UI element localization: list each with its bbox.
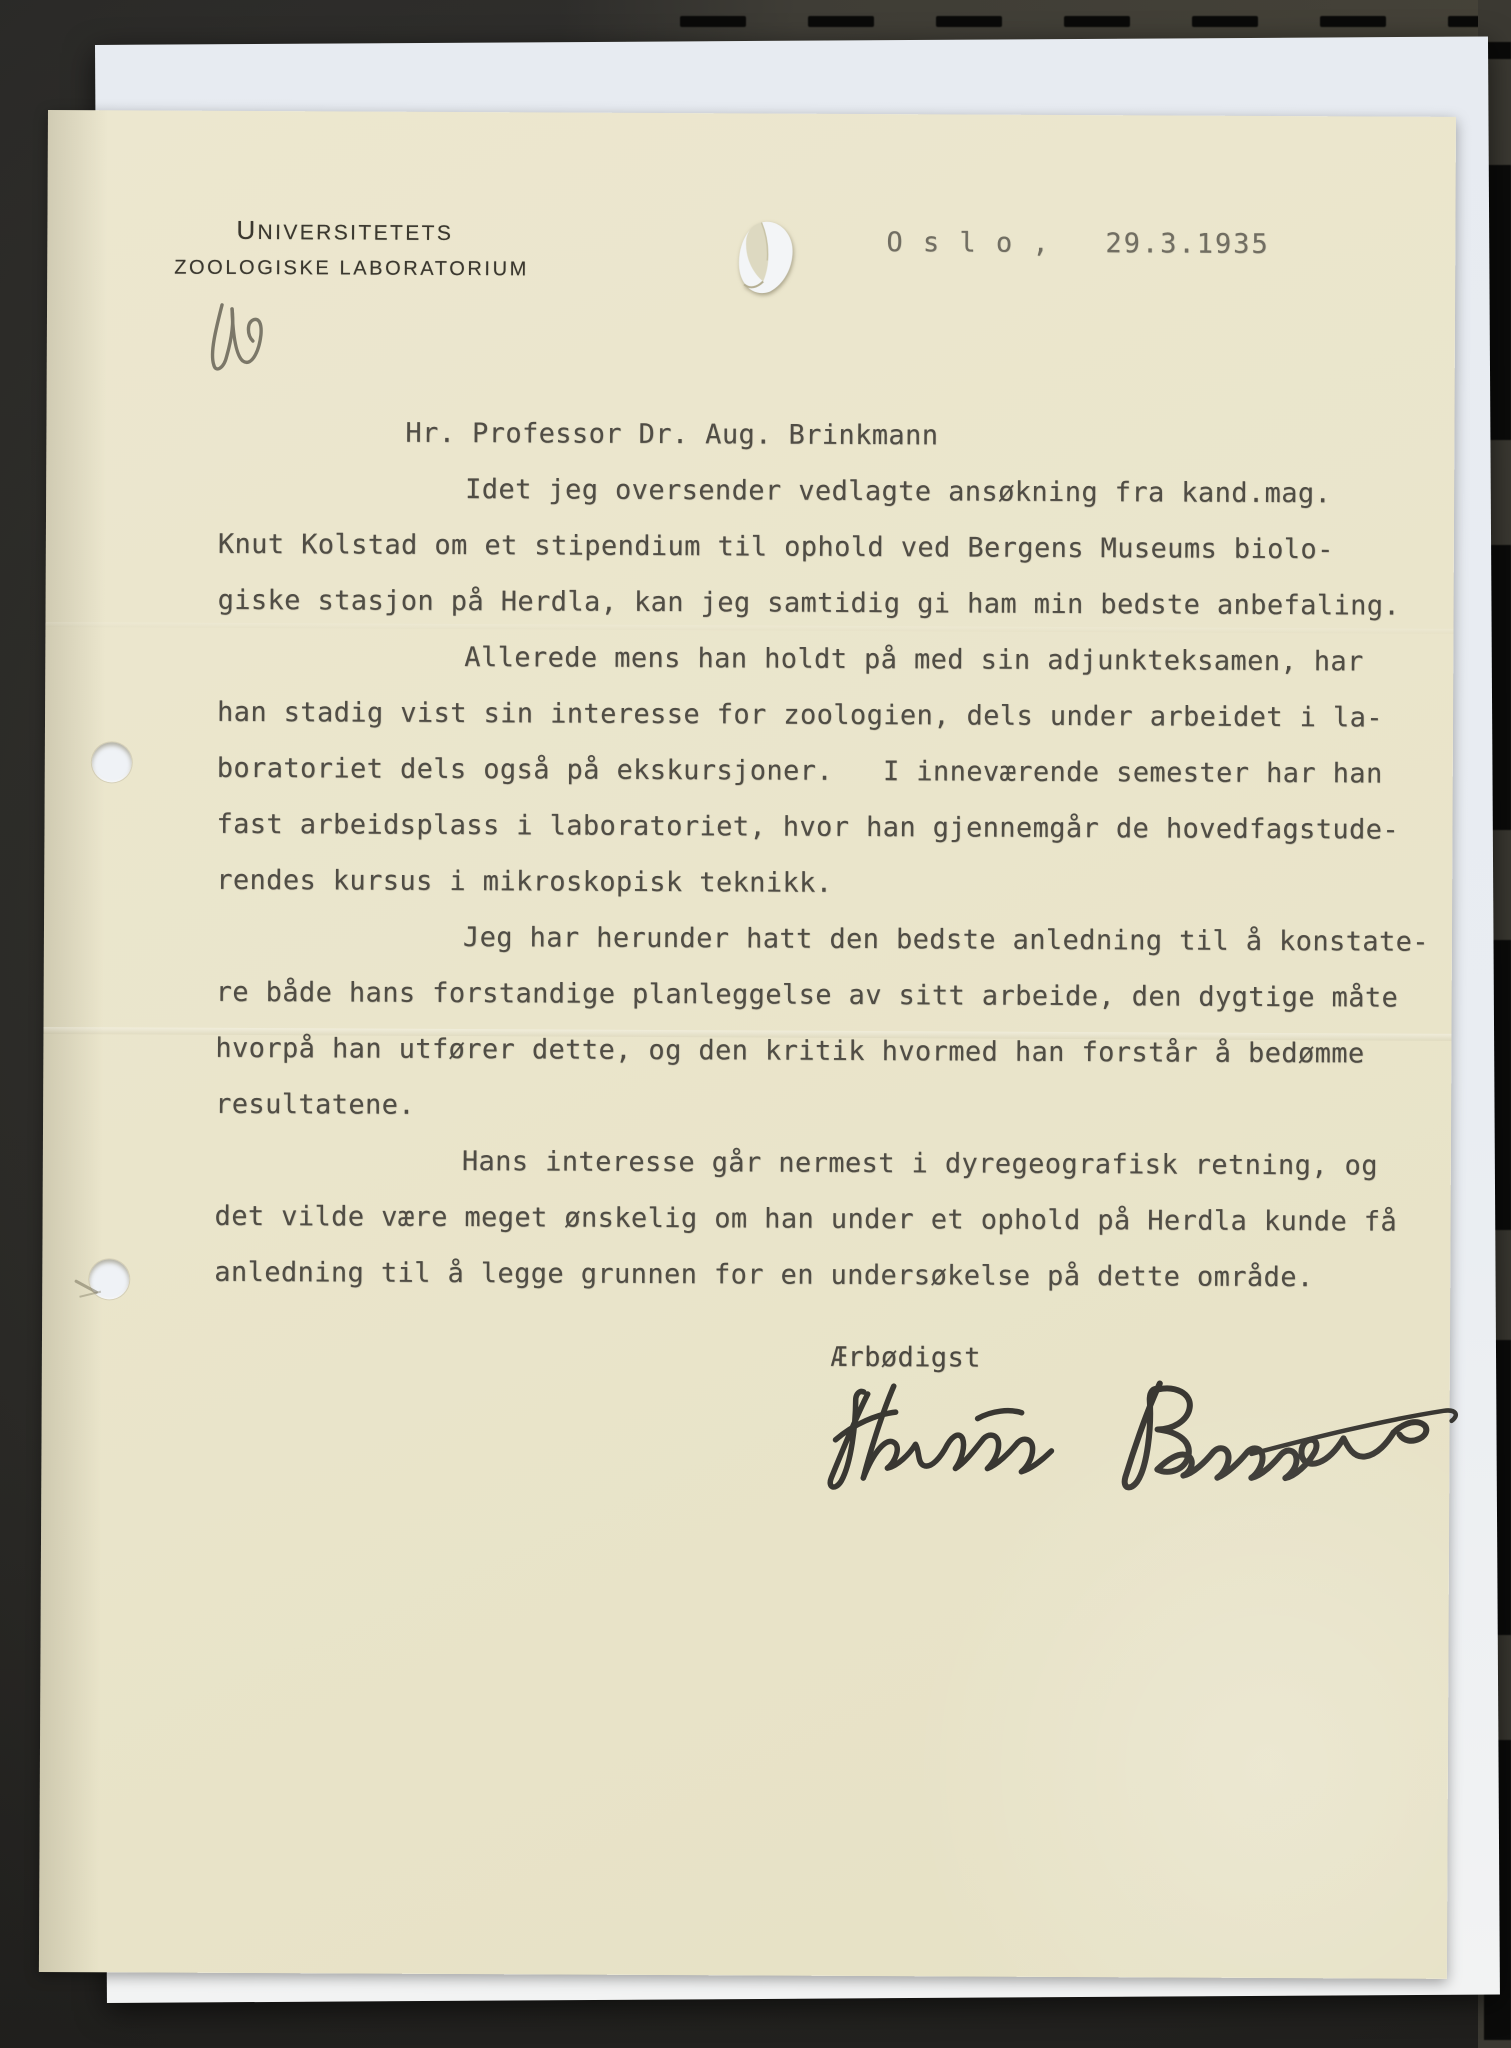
background-slot-mark (1192, 16, 1258, 27)
body-line: Allerede mens han holdt på med sin adjun… (217, 629, 1447, 691)
closing-salutation: Ærbødigst (831, 1342, 981, 1374)
body-line: resultatene. (215, 1077, 1445, 1139)
signature (781, 1366, 1482, 1549)
body-line: Jeg har herunder hatt den bedste anledni… (216, 909, 1446, 971)
background-slot-mark (1320, 16, 1386, 27)
paper-tear (730, 216, 802, 302)
body-line: Idet jeg oversender vedlagte ansøkning f… (218, 461, 1448, 523)
body-line: re både hans forstandige planleggelse av… (216, 965, 1446, 1027)
letterhead-line2: ZOOLOGISKE LABORATORIUM (174, 257, 529, 282)
background-slot-mark (1064, 16, 1130, 27)
background-slot-mark (936, 16, 1002, 27)
recipient-line: Hr. Professor Dr. Aug. Brinkmann (218, 405, 1448, 467)
letter-body: Hr. Professor Dr. Aug. Brinkmann Idet je… (214, 405, 1448, 1307)
background-slot-mark (680, 16, 746, 27)
body-line: fast arbeidsplass i laboratoriet, hvor h… (216, 797, 1446, 859)
body-line: Hans interesse går nermest i dyregeograf… (215, 1133, 1445, 1195)
body-line: det vilde være meget ønskelig om han und… (214, 1189, 1444, 1251)
body-line: han stadig vist sin interesse for zoolog… (217, 685, 1447, 747)
body-line: anledning til å legge grunnen for en und… (214, 1245, 1444, 1307)
punch-hole (92, 742, 132, 782)
archive-photo: UNIVERSITETETS ZOOLOGISKE LABORATORIUM O… (0, 0, 1511, 2048)
body-line: Knut Kolstad om et stipendium til ophold… (218, 517, 1448, 579)
letterhead-line1: UNIVERSITETETS (236, 215, 453, 247)
body-line: giske stasjon på Herdla, kan jeg samtidi… (217, 573, 1447, 635)
body-line: rendes kursus i mikroskopisk teknikk. (216, 853, 1446, 915)
punch-hole (89, 1259, 129, 1299)
letter-page: UNIVERSITETETS ZOOLOGISKE LABORATORIUM O… (39, 110, 1456, 1979)
dateline: O s l o , 29.3.1935 (886, 227, 1270, 260)
body-line: hvorpå han utfører dette, og den kritik … (215, 1021, 1445, 1083)
pencil-annotation-mark (202, 293, 266, 389)
background-slot-mark (808, 16, 874, 27)
body-line: boratoriet dels også på ekskursjoner. I … (217, 741, 1447, 803)
